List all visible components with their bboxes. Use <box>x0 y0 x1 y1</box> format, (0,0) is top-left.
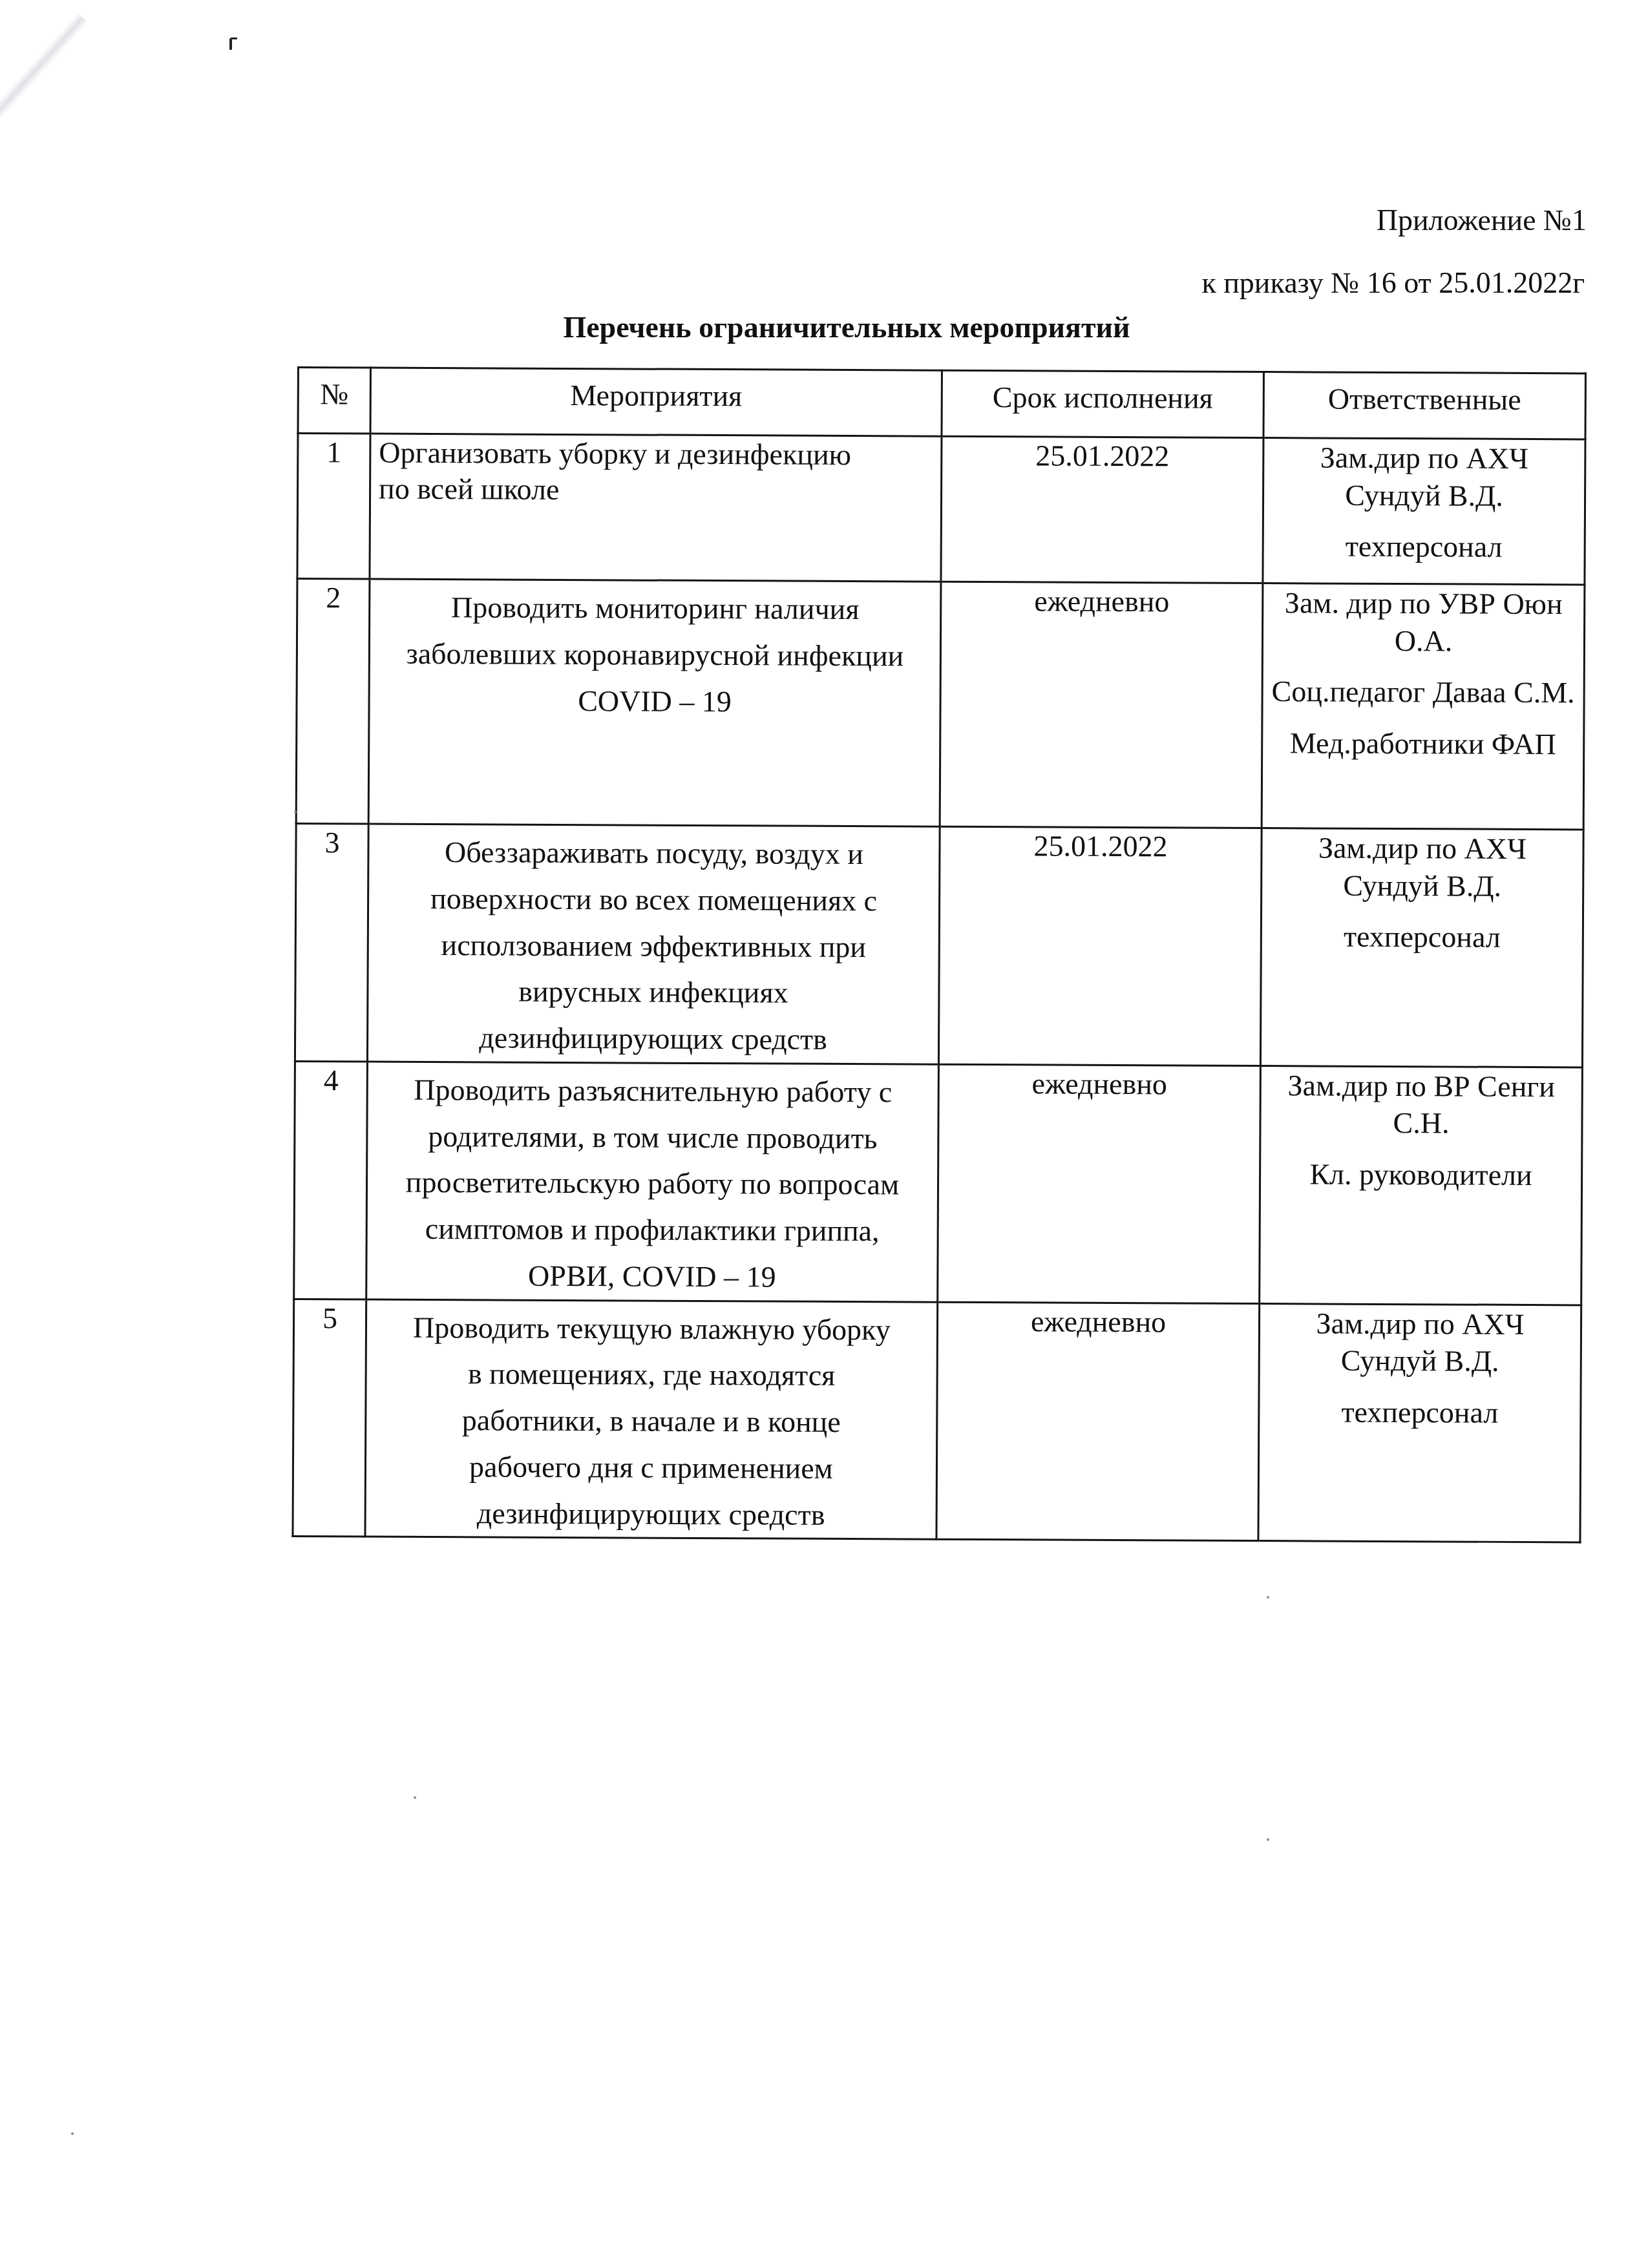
row-number: 5 <box>293 1299 366 1537</box>
row-number: 3 <box>295 823 368 1061</box>
activity-line: COVID – 19 <box>377 677 931 726</box>
row-number: 1 <box>297 434 370 580</box>
activity-line: Проводить разъяснительную работу с <box>376 1066 930 1115</box>
activity-line: Проводить текущую влажную уборку <box>375 1304 929 1353</box>
responsible-person: Зам.дир по АХЧ Сундуй В.Д. <box>1268 1305 1573 1380</box>
responsible-person: Зам.дир по АХЧ Сундуй В.Д. <box>1272 439 1577 514</box>
responsible-person: техперсонал <box>1272 527 1576 566</box>
activity-line: по всей школе <box>379 471 933 510</box>
scan-artifact-streak <box>0 13 88 210</box>
column-header-activity: Мероприятия <box>370 368 942 436</box>
column-header-number: № <box>298 368 370 434</box>
responsible-cell: Зам.дир по ВР Сенги С.Н.Кл. руководители <box>1260 1066 1583 1305</box>
document-title: Перечень ограничительных мероприятий <box>0 313 1648 342</box>
activity-cell: Проводить разъяснительную работу сродите… <box>366 1062 939 1302</box>
activity-line: ОРВИ, COVID – 19 <box>375 1252 929 1301</box>
activity-line: симптомов и профилактики гриппа, <box>375 1206 929 1255</box>
responsible-person: Зам.дир по АХЧ Сундуй В.Д. <box>1270 829 1575 905</box>
scan-speck <box>71 2132 74 2135</box>
responsible-person: Соц.педагог Даваа С.М. <box>1271 673 1576 711</box>
activity-line: дезинфицирующих средств <box>376 1014 930 1064</box>
table-row: 3Обеззараживать посуду, воздух иповерхно… <box>295 823 1583 1067</box>
responsible-person: Кл. руководители <box>1269 1155 1573 1194</box>
responsible-cell: Зам. дир по УВР Оюн О.А.Соц.педагог Дава… <box>1262 583 1585 830</box>
annex-label: Приложение №1 <box>1377 205 1587 235</box>
activity-line: Проводить мониторинг наличия <box>378 584 932 633</box>
table-header-row: № Мероприятия Срок исполнения Ответствен… <box>298 368 1585 439</box>
activity-cell: Обеззараживать посуду, воздух иповерхнос… <box>367 824 940 1064</box>
table-row: 2Проводить мониторинг наличиязаболевших … <box>296 579 1585 830</box>
deadline-cell: ежедневно <box>940 582 1263 828</box>
activity-line: Организовать уборку и дезинфекцию <box>379 435 933 474</box>
activity-line: в помещениях, где находятся <box>374 1350 928 1400</box>
activity-line: просветительскую работу по вопросам <box>375 1159 929 1208</box>
responsible-person: техперсонал <box>1267 1393 1572 1432</box>
table-row: 4Проводить разъяснительную работу сродит… <box>294 1061 1583 1305</box>
order-reference: к приказу № 16 от 25.01.2022г <box>1201 268 1585 298</box>
responsible-cell: Зам.дир по АХЧ Сундуй В.Д.техперсонал <box>1263 438 1585 585</box>
scan-speck <box>1267 1596 1269 1599</box>
activity-line: рабочего дня с применением <box>374 1443 928 1492</box>
activity-line: родителями, в том числе проводить <box>375 1113 929 1162</box>
deadline-cell: ежедневно <box>938 1064 1261 1303</box>
row-number: 4 <box>294 1061 368 1299</box>
activity-line: исползованием эффективных при <box>377 921 931 971</box>
responsible-person: Мед.работники ФАП <box>1271 724 1575 763</box>
column-header-responsible: Ответственные <box>1263 372 1585 439</box>
scan-artifact-mark <box>229 37 237 50</box>
activity-cell: Проводить текущую влажную уборкув помеще… <box>365 1299 938 1540</box>
measures-table: № Мероприятия Срок исполнения Ответствен… <box>291 366 1587 1544</box>
responsible-person: Зам. дир по УВР Оюн О.А. <box>1271 584 1576 660</box>
row-number: 2 <box>296 579 370 824</box>
deadline-cell: 25.01.2022 <box>941 436 1263 583</box>
scan-speck <box>294 811 297 814</box>
activity-cell: Проводить мониторинг наличиязаболевших к… <box>368 579 941 826</box>
responsible-person: Зам.дир по ВР Сенги С.Н. <box>1269 1067 1574 1142</box>
activity-line: вирусных инфекциях <box>376 968 930 1017</box>
activity-line: Обеззараживать посуду, воздух и <box>377 829 931 878</box>
deadline-cell: ежедневно <box>936 1302 1260 1541</box>
activity-line: поверхности во всех помещениях с <box>377 875 931 924</box>
scan-speck <box>1267 1838 1269 1841</box>
deadline-cell: 25.01.2022 <box>938 826 1262 1066</box>
table-row: 1Организовать уборку и дезинфекциюпо все… <box>297 434 1585 585</box>
responsible-cell: Зам.дир по АХЧ Сундуй В.Д.техперсонал <box>1258 1303 1581 1542</box>
activity-line: работники, в начале и в конце <box>374 1397 928 1446</box>
activity-cell: Организовать уборку и дезинфекциюпо всей… <box>370 434 942 582</box>
activity-line: дезинфицирующих средств <box>374 1489 927 1538</box>
scan-speck <box>414 1796 416 1799</box>
responsible-cell: Зам.дир по АХЧ Сундуй В.Д.техперсонал <box>1260 828 1583 1067</box>
responsible-person: техперсонал <box>1270 918 1574 956</box>
activity-line: заболевших коронавирусной инфекции <box>378 630 932 679</box>
column-header-deadline: Срок исполнения <box>942 370 1263 437</box>
table-row: 5Проводить текущую влажную уборкув помещ… <box>293 1299 1581 1542</box>
